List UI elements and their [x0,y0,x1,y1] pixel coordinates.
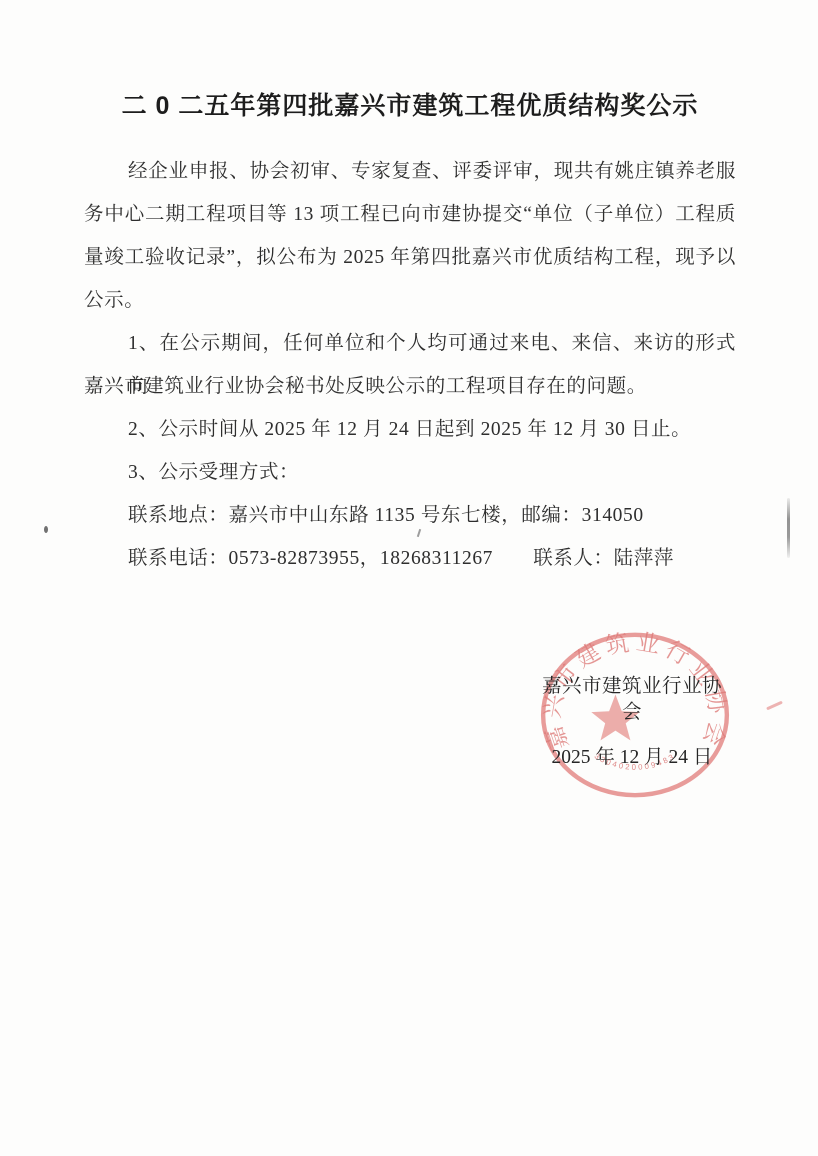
document-body: 二 0 二五年第四批嘉兴市建筑工程优质结构奖公示 经企业申报、协会初审、专家复查… [84,86,736,580]
scanned-announcement-page: 二 0 二五年第四批嘉兴市建筑工程优质结构奖公示 经企业申报、协会初审、专家复查… [0,0,818,1156]
contact-address-line: 联系地点：嘉兴市中山东路 1135 号东七楼，邮编：314050 [84,494,736,537]
body-line: 公示。 [84,279,736,322]
signature-organization: 嘉兴市建筑业行业协会 [533,674,731,726]
scan-artifact-speck [44,526,48,533]
document-title: 二 0 二五年第四批嘉兴市建筑工程优质结构奖公示 [84,86,736,126]
contact-phone-line: 联系电话：0573-82873955，18268311267 联系人：陆萍萍 [84,537,736,580]
body-line: 经企业申报、协会初审、专家复查、评委评审，现共有姚庄镇养老服 [84,150,736,193]
body-line: 嘉兴市建筑业行业协会秘书处反映公示的工程项目存在的问题。 [84,365,736,408]
signature-block: 嘉兴市建筑业行业协会 2025 年 12 月 24 日 [533,674,731,771]
signature-date: 2025 年 12 月 24 日 [533,745,731,771]
body-line: 3、公示受理方式： [84,451,736,494]
scan-artifact-red-tick [766,701,783,711]
body-line: 务中心二期工程项目等 13 项工程已向市建协提交“单位（子单位）工程质 [84,193,736,236]
scan-artifact-right-streak [787,498,790,558]
body-line: 量竣工验收记录”，拟公布为 2025 年第四批嘉兴市优质结构工程，现予以 [84,236,736,279]
body-line: 1、在公示期间，任何单位和个人均可通过来电、来信、来访的形式向 [84,322,736,365]
body-line: 2、公示时间从 2025 年 12 月 24 日起到 2025 年 12 月 3… [84,408,736,451]
